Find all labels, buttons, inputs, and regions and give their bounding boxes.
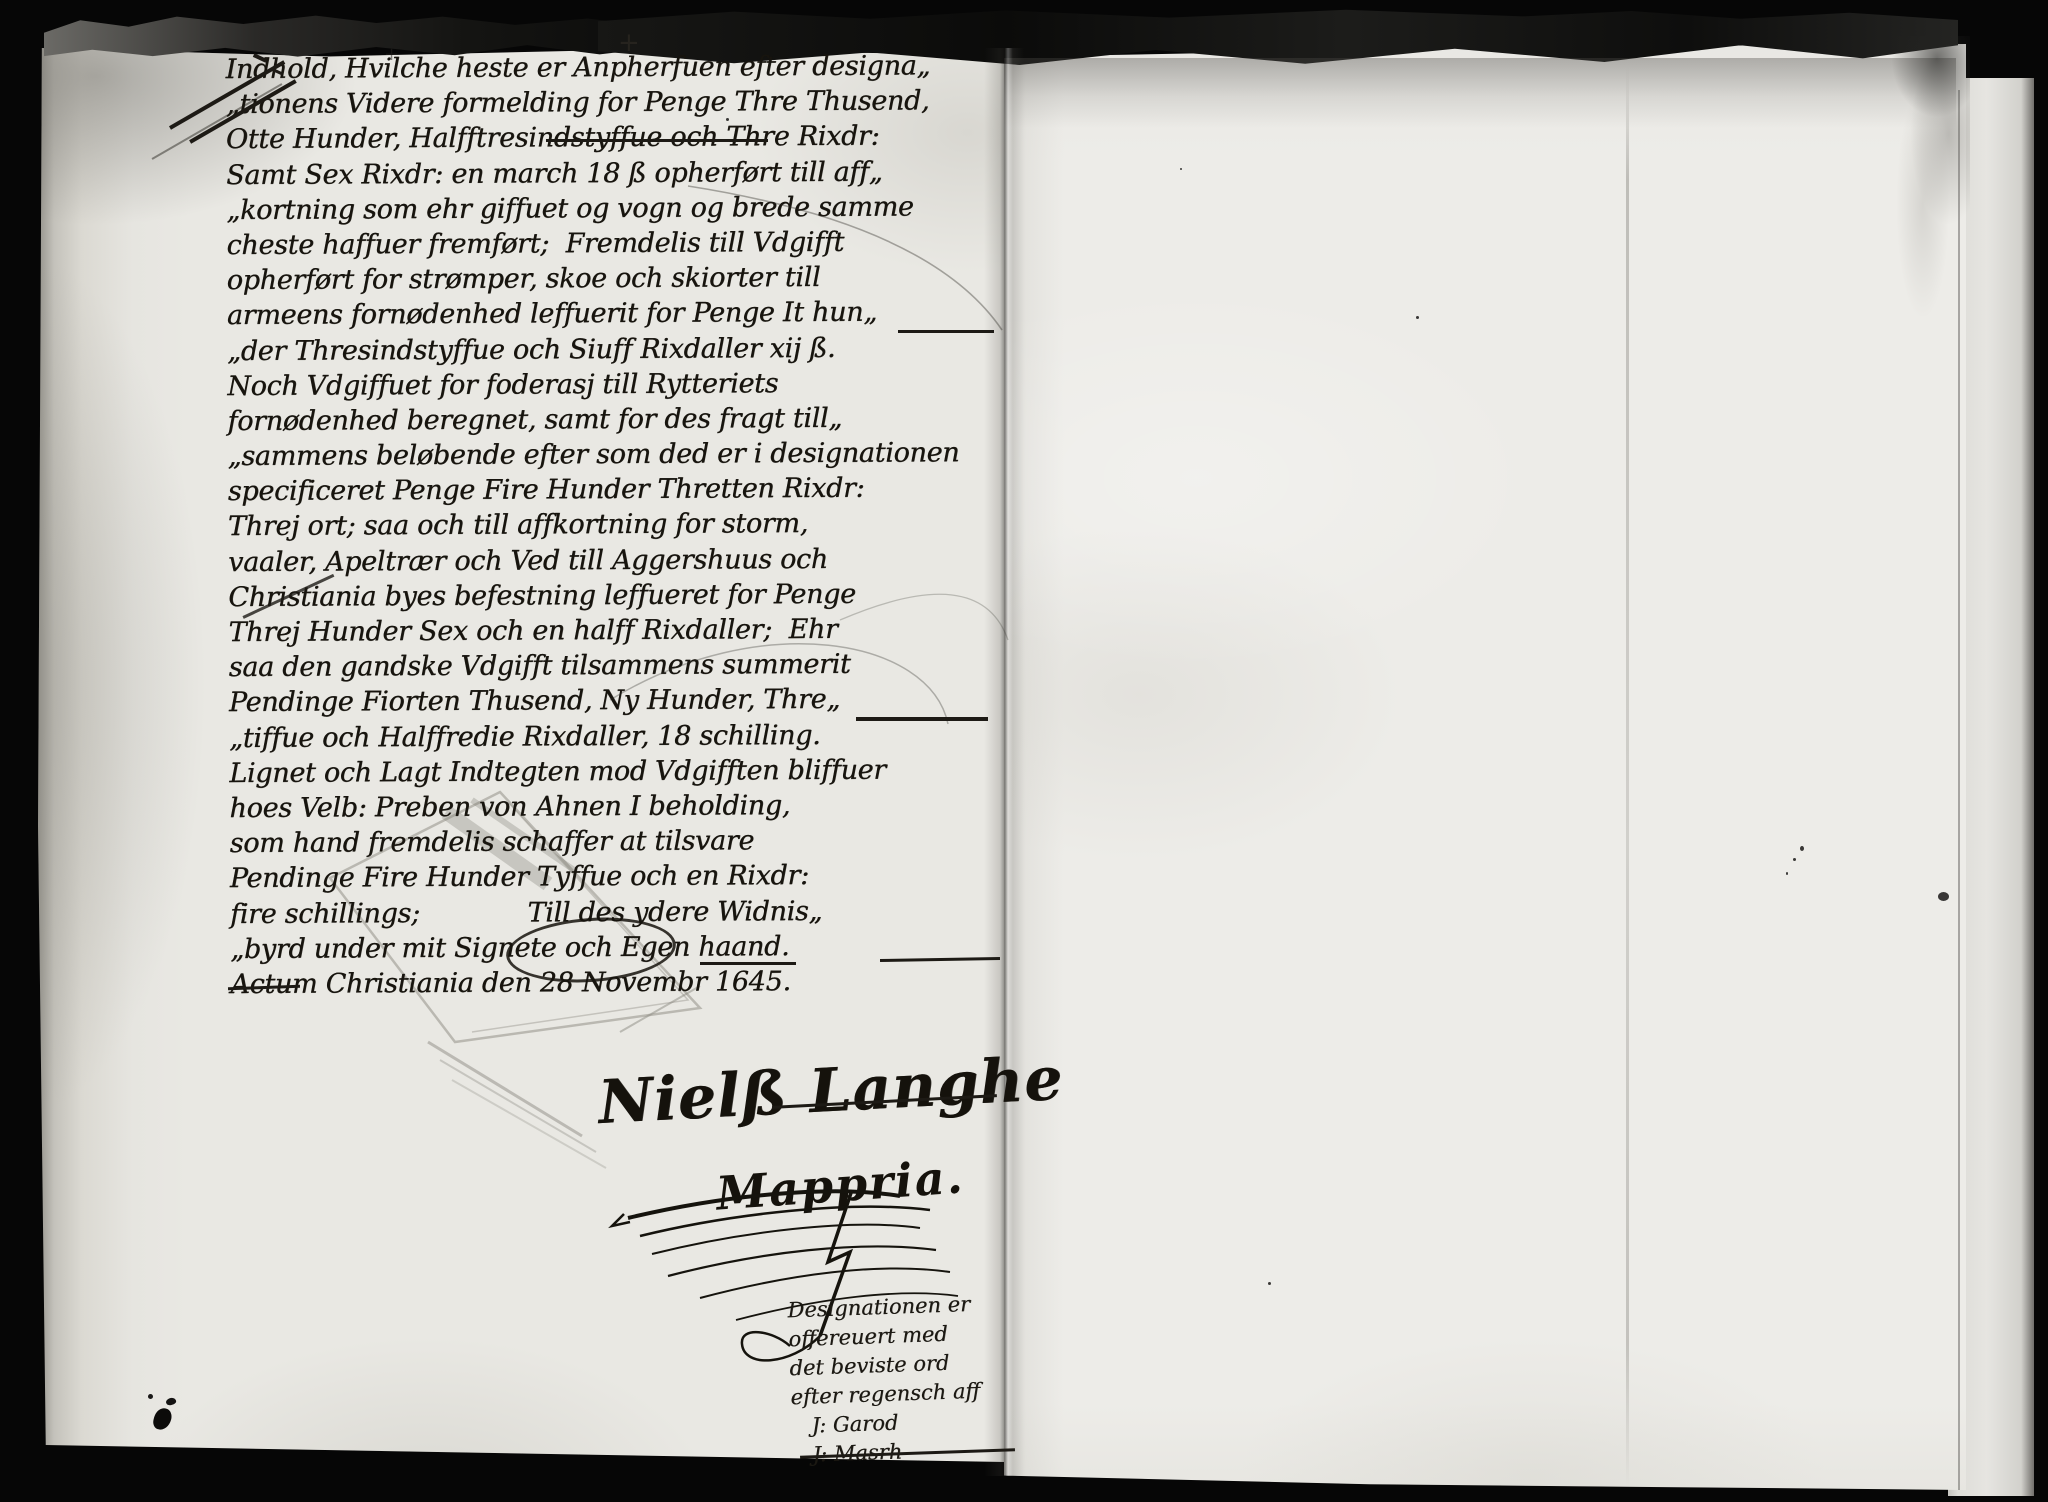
plus-mark-faint: + (384, 44, 399, 65)
vertical-crease (1626, 66, 1629, 1486)
top-edge-shadow (1004, 58, 1956, 128)
ink-speck (1416, 316, 1419, 319)
ink-speck (726, 118, 729, 121)
manuscript-line: cheste haffuer fremført; Fremdelis till … (226, 224, 1018, 263)
manuscript-line: specificeret Penge Fire Hunder Thretten … (228, 470, 1020, 509)
manuscript-line: opherført for strømper, skoe och skiorte… (227, 259, 1019, 298)
ink-blot (148, 1394, 188, 1436)
manuscript-line: Christiania byes befestning leffueret fo… (228, 576, 1020, 615)
manuscript-line: Pendinge Fiorten Thusend, Ny Hunder, Thr… (229, 681, 1021, 720)
corner-stain (1852, 36, 1970, 316)
manuscript-line: Samt Sex Rixdr: en march 18 ß opherført … (226, 153, 1018, 192)
manuscript-line: Threj Hunder Sex och en halff Rixdaller;… (228, 611, 1020, 650)
manuscript-line: armeens fornødenhed leffuerit for Penge … (227, 294, 1019, 333)
ink-speck (1180, 168, 1182, 170)
manuscript-line: som hand fremdelis schaffer at tilsvare (230, 822, 1022, 861)
blank-page-right (1004, 44, 1966, 1490)
archival-scan: Indhold, Hvilche heste er Anpherfuen eft… (0, 0, 2048, 1502)
overline-mark-28 (700, 962, 796, 965)
ink-blot-drop (148, 1394, 153, 1399)
manuscript-line: fornødenhed beregnet, samt for des fragt… (227, 400, 1019, 439)
manuscript-line: Threj ort; saa och till affkortning for … (228, 505, 1020, 544)
ink-speck (1800, 846, 1804, 851)
manuscript-line: „tiffue och Halffredie Rixdaller, 18 sch… (229, 716, 1021, 755)
manuscript-line: Pendinge Fire Hunder Tyffue och en Rixdr… (230, 857, 1022, 896)
ink-speck (1268, 1282, 1271, 1285)
clerk-note-block: Designationen eroffereuert meddet bevist… (787, 1288, 1043, 1471)
manuscript-line: „der Thresindstyffue och Siuff Rixdaller… (227, 329, 1019, 368)
manuscript-line: hoes Velb: Preben von Ahnen I beholding, (229, 787, 1021, 826)
underline-mark (546, 139, 768, 142)
ink-speck (1938, 892, 1949, 901)
ink-blot-drop (151, 1406, 173, 1432)
manuscript-line: „sammens beløbende efter som ded er i de… (228, 435, 1020, 474)
ink-speck (1793, 858, 1796, 861)
manuscript-line: vaaler, Apeltrær och Ved till Aggershuus… (228, 541, 1020, 580)
ink-blot-drop (165, 1397, 177, 1407)
manuscript-line: Lignet och Lagt Indtegten mod Vdgifften … (229, 752, 1021, 791)
manuscript-line: Otte Hunder, Halfftresindstyffue och Thr… (226, 118, 1018, 157)
manuscript-line: „tionens Videre formelding for Penge Thr… (226, 83, 1018, 122)
ink-speck (1786, 872, 1788, 875)
manuscript-line: „kortning som ehr giffuet og vogn og bre… (226, 189, 1018, 228)
underline-mark (898, 330, 994, 333)
manuscript-line: Noch Vdgiffuet for foderasj till Rytteri… (227, 365, 1019, 404)
manuscript-line: saa den gandske Vdgifft tilsammens summe… (229, 646, 1021, 685)
underline-mark (856, 717, 988, 721)
manuscript-text-block: Indhold, Hvilche heste er Anpherfuen eft… (226, 48, 1023, 1002)
plus-mark: + (618, 28, 640, 58)
